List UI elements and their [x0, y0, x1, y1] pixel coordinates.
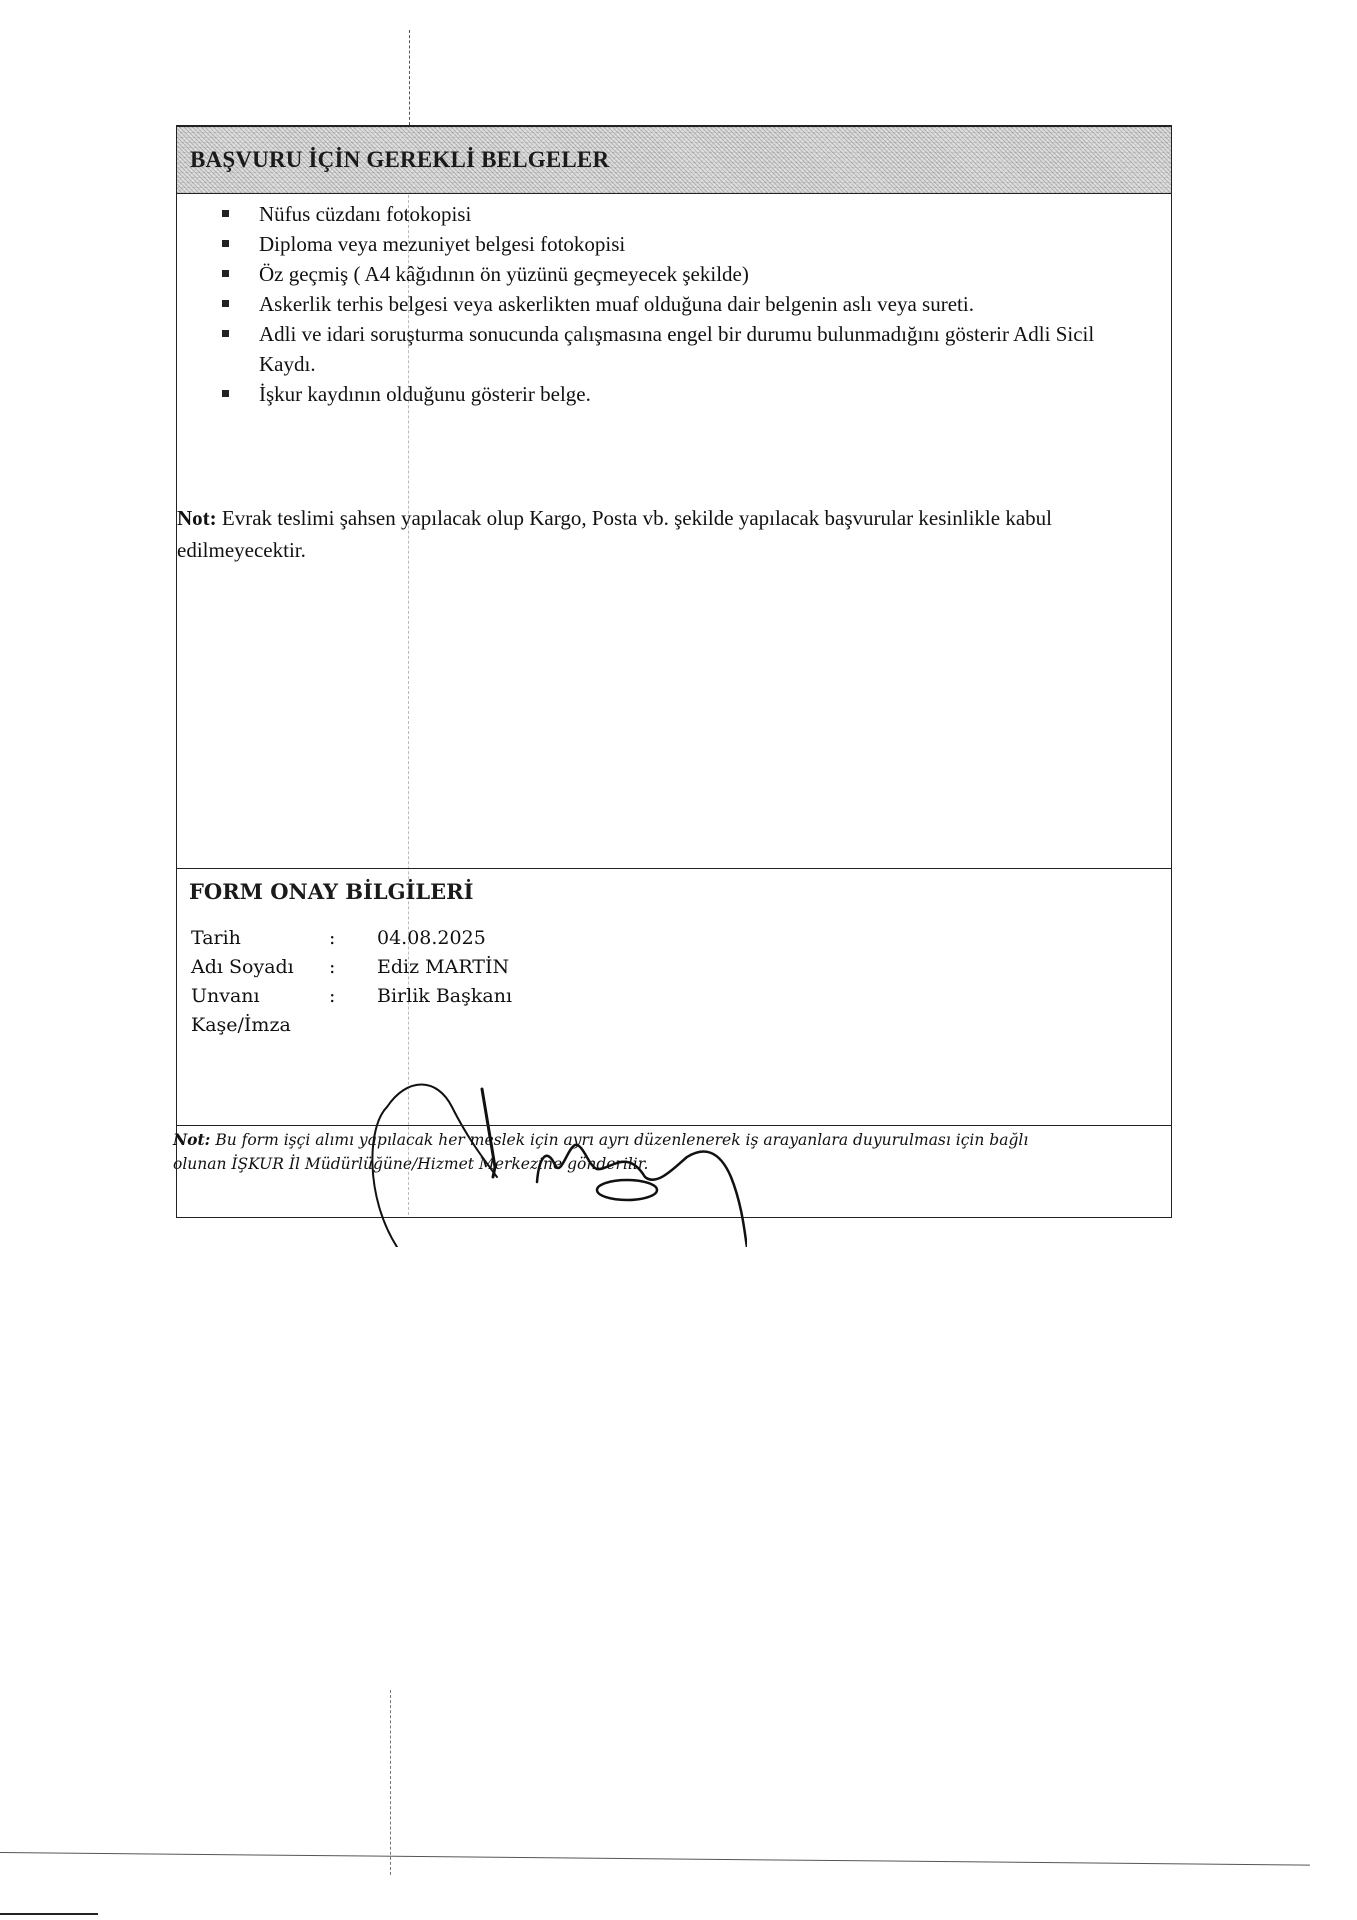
submission-note: Not: Evrak teslimi şahsen yapılacak olup…	[177, 502, 1147, 566]
footer-note-line-1: Not: Bu form işçi alımı yapılacak her me…	[173, 1128, 1171, 1152]
list-item: Nüfus cüzdanı fotokopisi	[177, 199, 1171, 229]
list-item: Öz geçmiş ( A4 kâğıdının ön yüzünü geçme…	[177, 259, 1171, 289]
square-bullet-icon	[222, 240, 229, 247]
approval-info-table: Tarih : 04.08.2025 Adı Soyadı : Ediz MAR…	[191, 924, 512, 1040]
square-bullet-icon	[222, 210, 229, 217]
note-label: Not:	[177, 506, 217, 530]
section-divider	[177, 1125, 1171, 1126]
application-form-box: BAŞVURU İÇİN GEREKLİ BELGELER Nüfus cüzd…	[176, 125, 1172, 1218]
list-item: Diploma veya mezuniyet belgesi fotokopis…	[177, 229, 1171, 259]
approval-row-stamp: Kaşe/İmza	[191, 1011, 512, 1040]
footer-note-line-2: olunan İŞKUR İl Müdürlüğüne/Hizmet Merke…	[173, 1152, 1171, 1176]
square-bullet-icon	[222, 300, 229, 307]
approval-title: FORM ONAY BİLGİLERİ	[189, 879, 473, 904]
stamp-signature-label: Kaşe/İmza	[191, 1011, 329, 1040]
approval-row-name: Adı Soyadı : Ediz MARTİN	[191, 953, 512, 982]
section-divider	[177, 868, 1171, 869]
approval-row-title: Unvanı : Birlik Başkanı	[191, 982, 512, 1011]
requirements-title: BAŞVURU İÇİN GEREKLİ BELGELER	[190, 147, 609, 173]
list-item: Askerlik terhis belgesi veya askerlikten…	[177, 289, 1171, 319]
date-value: 04.08.2025	[377, 924, 512, 953]
note-label: Not:	[173, 1130, 210, 1149]
scan-fold-line-bottom	[390, 1690, 391, 1875]
separator: :	[329, 924, 377, 953]
separator: :	[329, 953, 377, 982]
approval-row-date: Tarih : 04.08.2025	[191, 924, 512, 953]
requirements-list: Nüfus cüzdanı fotokopisi Diploma veya me…	[177, 199, 1171, 409]
square-bullet-icon	[222, 270, 229, 277]
scan-corner-mark	[0, 1913, 98, 1915]
separator: :	[329, 982, 377, 1011]
title-label: Unvanı	[191, 982, 329, 1011]
square-bullet-icon	[222, 390, 229, 397]
square-bullet-icon	[222, 330, 229, 337]
list-item: Adli ve idari soruşturma sonucunda çalış…	[177, 319, 1171, 379]
requirements-header: BAŞVURU İÇİN GEREKLİ BELGELER	[177, 127, 1171, 194]
list-item: İşkur kaydının olduğunu gösterir belge.	[177, 379, 1171, 409]
scan-fold-line-top	[409, 30, 410, 125]
title-value: Birlik Başkanı	[377, 982, 512, 1011]
stamp-signature-value	[377, 1011, 512, 1040]
name-value: Ediz MARTİN	[377, 953, 512, 982]
note-text: Evrak teslimi şahsen yapılacak olup Karg…	[177, 506, 1052, 562]
name-label: Adı Soyadı	[191, 953, 329, 982]
separator	[329, 1011, 377, 1040]
scan-edge-line	[0, 1852, 1310, 1866]
date-label: Tarih	[191, 924, 329, 953]
footer-note: Not: Bu form işçi alımı yapılacak her me…	[173, 1128, 1171, 1176]
